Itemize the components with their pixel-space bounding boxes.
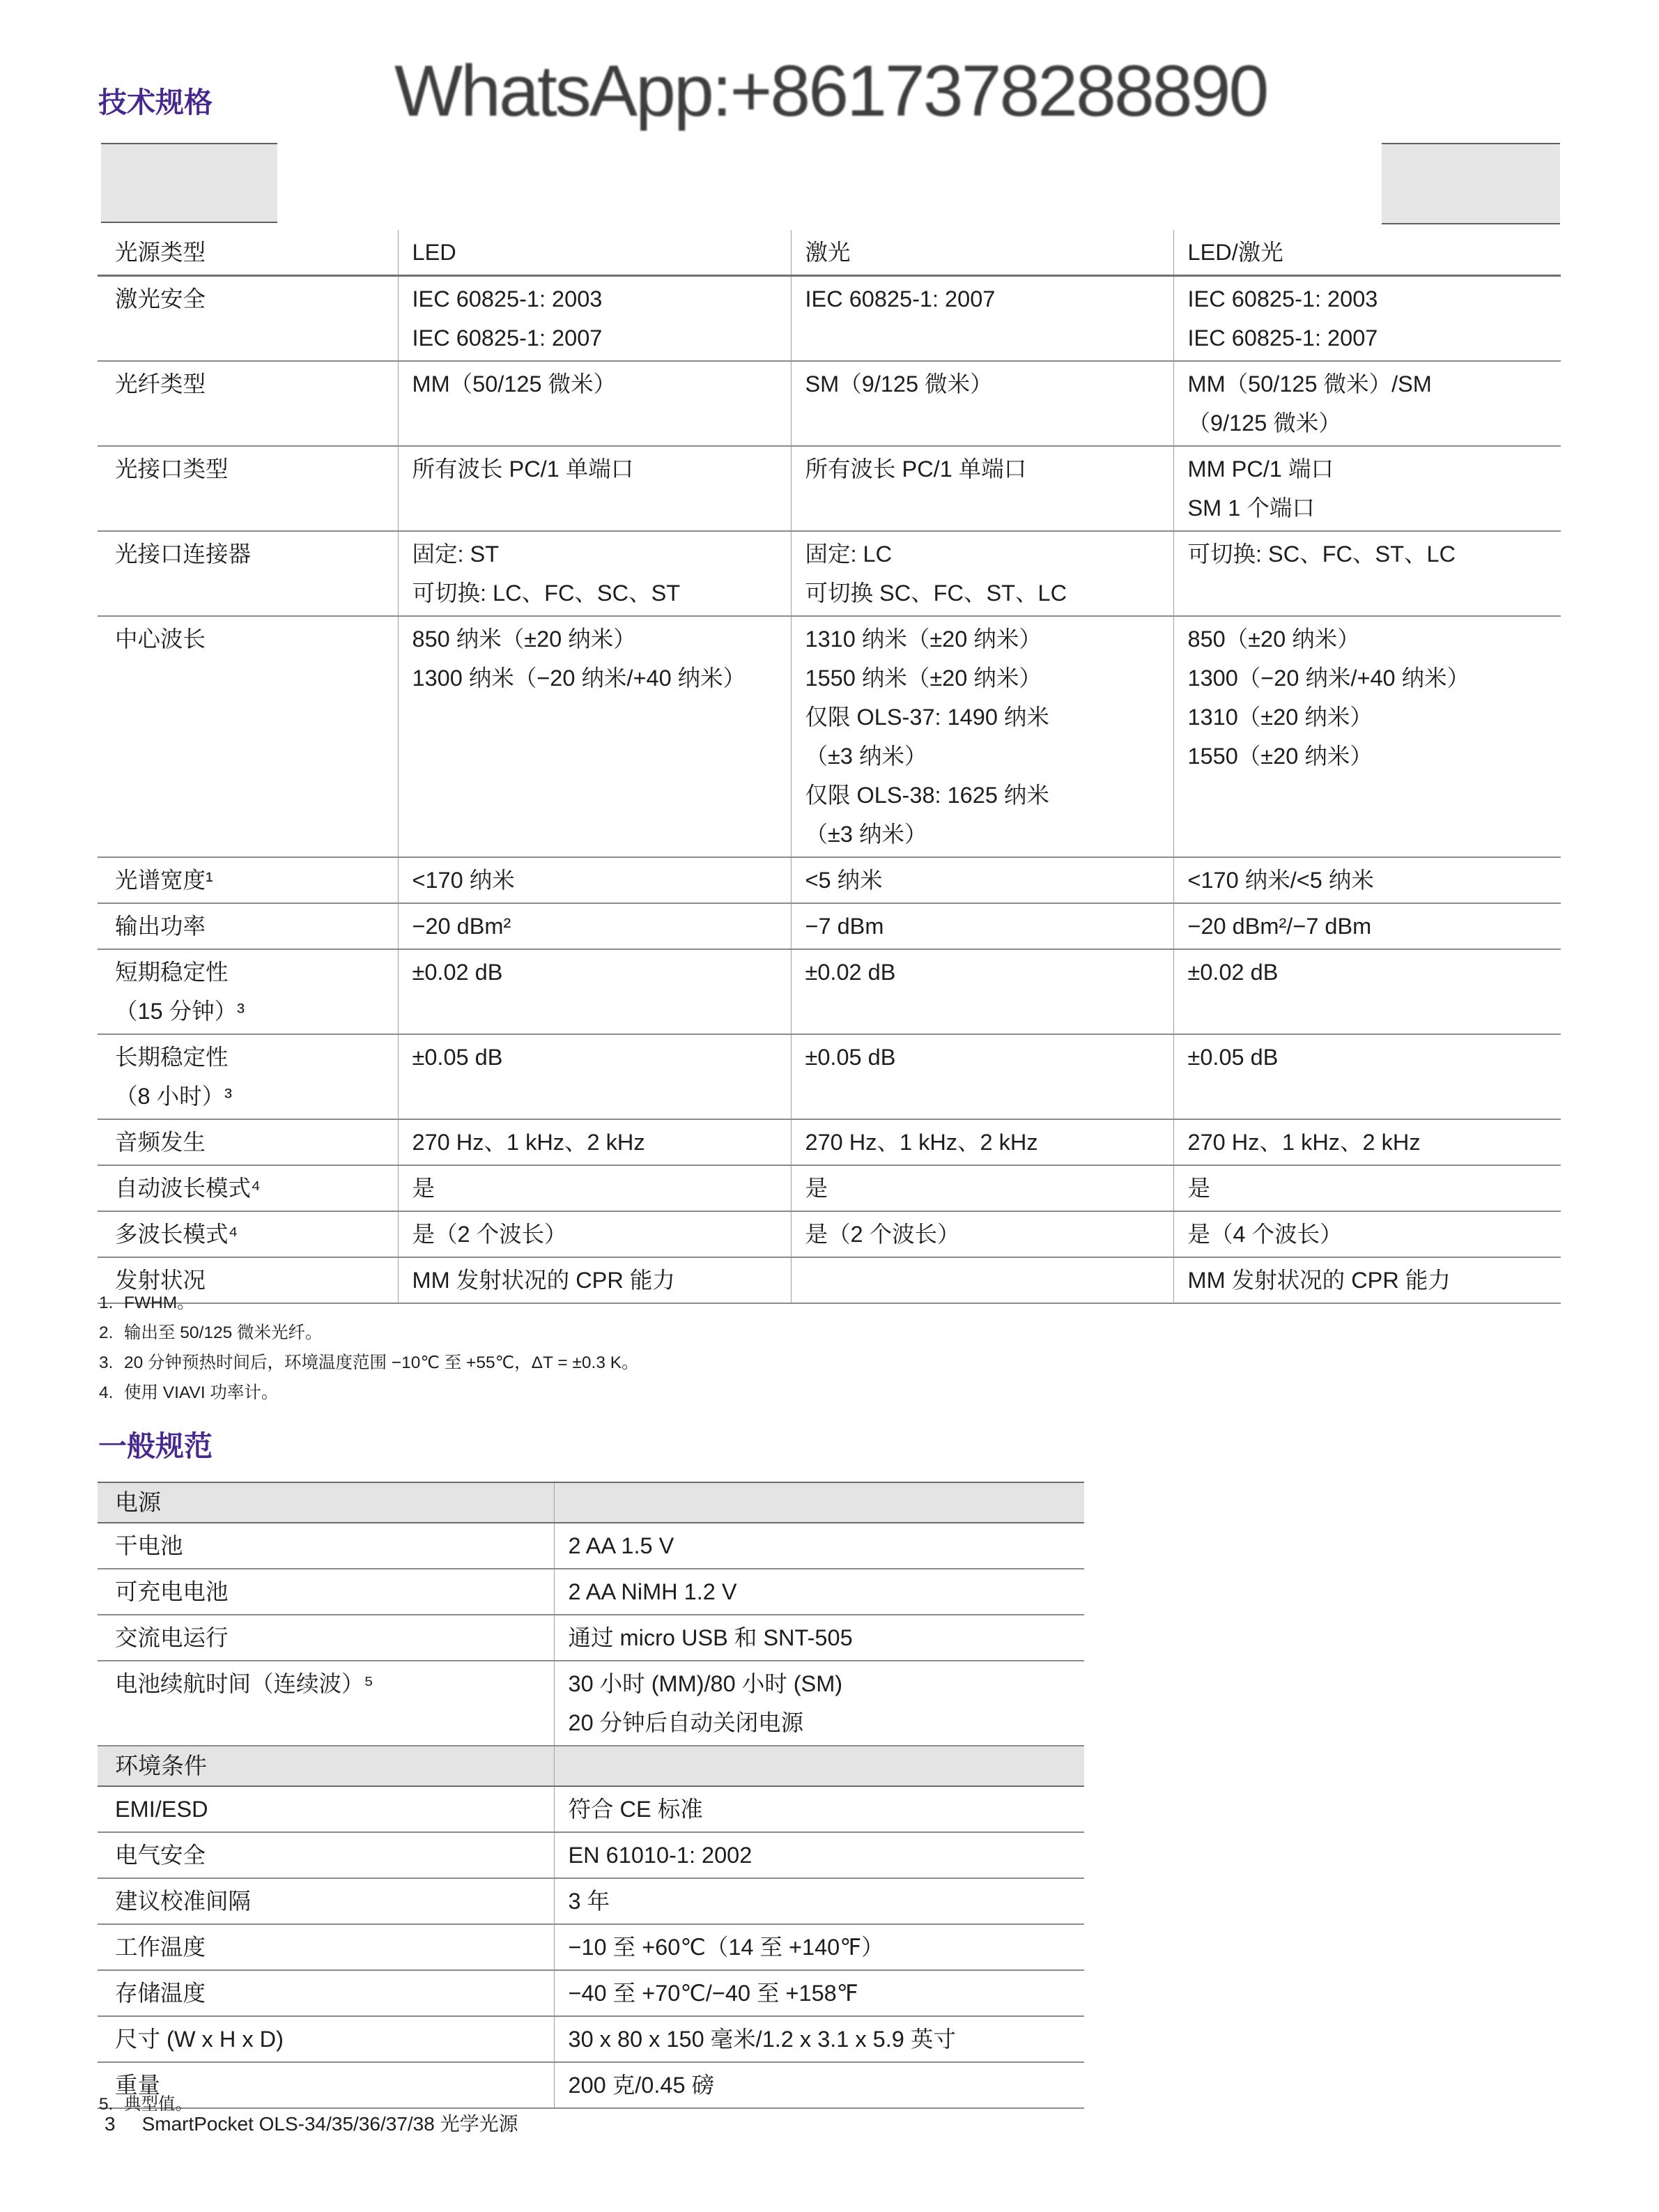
spec-cell: IEC 60825-1: 2007 xyxy=(791,276,1173,362)
spec-cell: MM（50/125 微米） xyxy=(398,361,791,446)
page-footer: 3SmartPocket OLS-34/35/36/37/38 光学光源 xyxy=(105,2109,518,2137)
row-label: 电池续航时间（连续波）⁵ xyxy=(98,1661,554,1746)
spec-cell: <170 纳米/<5 纳米 xyxy=(1173,857,1561,903)
row-label: 尺寸 (W x H x D) xyxy=(98,2016,554,2062)
spec-cell: MM 发射状况的 CPR 能力 xyxy=(1173,1257,1561,1303)
general-table: 电源 干电池 2 AA 1.5 V 可充电电池 2 AA NiMH 1.2 V … xyxy=(98,1482,1084,2109)
spec-cell: 是 xyxy=(791,1165,1173,1211)
spec-cell: MM PC/1 端口 SM 1 个端口 xyxy=(1173,446,1561,531)
table-row: 干电池 2 AA 1.5 V xyxy=(98,1523,1084,1569)
row-label: 输出功率 xyxy=(98,903,398,949)
spec-cell: IEC 60825-1: 2003 IEC 60825-1: 2007 xyxy=(1173,276,1561,362)
row-label: 短期稳定性 （15 分钟）³ xyxy=(98,949,398,1034)
spec-cell: 是（2 个波长） xyxy=(791,1211,1173,1257)
spec-cell: −20 dBm²/−7 dBm xyxy=(1173,903,1561,949)
page-title: 技术规格 xyxy=(98,79,213,121)
spec-cell: 1310 纳米（±20 纳米） 1550 纳米（±20 纳米） 仅限 OLS-3… xyxy=(791,616,1173,857)
spec-cell: ±0.02 dB xyxy=(1173,949,1561,1034)
row-label: 光接口类型 xyxy=(98,446,398,531)
row-label: 电气安全 xyxy=(98,1832,554,1878)
table-row: 尺寸 (W x H x D) 30 x 80 x 150 毫米/1.2 x 3.… xyxy=(98,2016,1084,2062)
whatsapp-watermark: WhatsApp:+8617378288890 xyxy=(394,50,1267,133)
spec-cell: 符合 CE 标准 xyxy=(554,1786,1084,1832)
spec-cell: 30 x 80 x 150 毫米/1.2 x 3.1 x 5.9 英寸 xyxy=(554,2016,1084,2062)
spec-cell: 是 xyxy=(398,1165,791,1211)
spec-cell: 固定: LC 可切换 SC、FC、ST、LC xyxy=(791,531,1173,616)
spec-cell: ±0.05 dB xyxy=(1173,1034,1561,1119)
spec-cell xyxy=(791,1257,1173,1303)
footnote-text: 20 分钟预热时间后，环境温度范围 −10℃ 至 +55℃，ΔT = ±0.3 … xyxy=(124,1348,639,1378)
row-label: 光纤类型 xyxy=(98,361,398,446)
table-row: 自动波长模式⁴ 是 是 是 xyxy=(98,1165,1561,1211)
spec-cell: 固定: ST 可切换: LC、FC、SC、ST xyxy=(398,531,791,616)
row-label: 音频发生 xyxy=(98,1119,398,1165)
footer-title: SmartPocket OLS-34/35/36/37/38 光学光源 xyxy=(142,2113,518,2135)
table-row: 输出功率 −20 dBm² −7 dBm −20 dBm²/−7 dBm xyxy=(98,903,1561,949)
table-row: 激光安全 IEC 60825-1: 2003 IEC 60825-1: 2007… xyxy=(98,276,1561,362)
table-row: 可充电电池 2 AA NiMH 1.2 V xyxy=(98,1569,1084,1615)
spec-cell: ±0.02 dB xyxy=(791,949,1173,1034)
spec-cell: MM（50/125 微米）/SM （9/125 微米） xyxy=(1173,361,1561,446)
table-row: EMI/ESD 符合 CE 标准 xyxy=(98,1786,1084,1832)
table-row: 重量 200 克/0.45 磅 xyxy=(98,2062,1084,2108)
table-row: 交流电运行 通过 micro USB 和 SNT-505 xyxy=(98,1615,1084,1661)
spec-cell: ±0.05 dB xyxy=(791,1034,1173,1119)
section-header-spacer xyxy=(554,1482,1084,1523)
spec-cell: 200 克/0.45 磅 xyxy=(554,2062,1084,2108)
row-label: 干电池 xyxy=(98,1523,554,1569)
spec-cell: 是 xyxy=(1173,1165,1561,1211)
footnote-number: 4. xyxy=(99,1378,124,1408)
row-label: 可充电电池 xyxy=(98,1569,554,1615)
spec-cell: 所有波长 PC/1 单端口 xyxy=(791,446,1173,531)
spec-cell: 270 Hz、1 kHz、2 kHz xyxy=(1173,1119,1561,1165)
table-row: 中心波长 850 纳米（±20 纳米） 1300 纳米（−20 纳米/+40 纳… xyxy=(98,616,1561,857)
table-row: 光接口连接器 固定: ST 可切换: LC、FC、SC、ST 固定: LC 可切… xyxy=(98,531,1561,616)
spec-cell: LED xyxy=(398,230,791,276)
row-label: 光谱宽度¹ xyxy=(98,857,398,903)
section-header-row: 电源 xyxy=(98,1482,1084,1523)
row-label: 激光安全 xyxy=(98,276,398,362)
table-row: 建议校准间隔 3 年 xyxy=(98,1878,1084,1924)
table-row: 光接口类型 所有波长 PC/1 单端口 所有波长 PC/1 单端口 MM PC/… xyxy=(98,446,1561,531)
row-label: 存储温度 xyxy=(98,1970,554,2016)
row-label: 建议校准间隔 xyxy=(98,1878,554,1924)
spec-cell: 是（4 个波长） xyxy=(1173,1211,1561,1257)
section-header-row: 环境条件 xyxy=(98,1746,1084,1786)
footnote: 2. 输出至 50/125 微米光纤。 xyxy=(99,1318,639,1348)
spec-cell: <5 纳米 xyxy=(791,857,1173,903)
spec-cell: 30 小时 (MM)/80 小时 (SM) 20 分钟后自动关闭电源 xyxy=(554,1661,1084,1746)
row-label: 多波长模式⁴ xyxy=(98,1211,398,1257)
table-row: 长期稳定性 （8 小时）³ ±0.05 dB ±0.05 dB ±0.05 dB xyxy=(98,1034,1561,1119)
footnote-text: 输出至 50/125 微米光纤。 xyxy=(124,1318,323,1348)
footnote-number: 3. xyxy=(99,1348,124,1378)
table-row: 光纤类型 MM（50/125 微米） SM（9/125 微米） MM（50/12… xyxy=(98,361,1561,446)
footnote-text: FWHM。 xyxy=(124,1288,194,1318)
table-row: 工作温度 −10 至 +60℃（14 至 +140℉） xyxy=(98,1924,1084,1970)
footnote-number: 2. xyxy=(99,1318,124,1348)
section-header: 环境条件 xyxy=(98,1746,554,1786)
table-row: 光源类型 LED 激光 LED/激光 xyxy=(98,230,1561,276)
footnote: 3. 20 分钟预热时间后，环境温度范围 −10℃ 至 +55℃，ΔT = ±0… xyxy=(99,1348,639,1378)
spec-cell: ±0.05 dB xyxy=(398,1034,791,1119)
page-number: 3 xyxy=(105,2113,116,2135)
spec-cell: −7 dBm xyxy=(791,903,1173,949)
table-row: 电气安全 EN 61010-1: 2002 xyxy=(98,1832,1084,1878)
spec-cell: 3 年 xyxy=(554,1878,1084,1924)
spec-cell: 激光 xyxy=(791,230,1173,276)
spec-cell: −20 dBm² xyxy=(398,903,791,949)
row-label: 光接口连接器 xyxy=(98,531,398,616)
spec-cell: 270 Hz、1 kHz、2 kHz xyxy=(791,1119,1173,1165)
table-row: 多波长模式⁴ 是（2 个波长） 是（2 个波长） 是（4 个波长） xyxy=(98,1211,1561,1257)
row-label: 光源类型 xyxy=(98,230,398,276)
row-label: 交流电运行 xyxy=(98,1615,554,1661)
spec-cell: 所有波长 PC/1 单端口 xyxy=(398,446,791,531)
spec-cell: <170 纳米 xyxy=(398,857,791,903)
redacted-header-box-left xyxy=(101,143,277,223)
spec-cell: 850 纳米（±20 纳米） 1300 纳米（−20 纳米/+40 纳米） xyxy=(398,616,791,857)
spec-cell: −10 至 +60℃（14 至 +140℉） xyxy=(554,1924,1084,1970)
table-row: 短期稳定性 （15 分钟）³ ±0.02 dB ±0.02 dB ±0.02 d… xyxy=(98,949,1561,1034)
row-label: 中心波长 xyxy=(98,616,398,857)
spec-cell: SM（9/125 微米） xyxy=(791,361,1173,446)
spec-cell: 通过 micro USB 和 SNT-505 xyxy=(554,1615,1084,1661)
spec-cell: 850（±20 纳米） 1300（−20 纳米/+40 纳米） 1310（±20… xyxy=(1173,616,1561,857)
redacted-header-box-right xyxy=(1382,143,1560,224)
section-header: 电源 xyxy=(98,1482,554,1523)
spec-cell: LED/激光 xyxy=(1173,230,1561,276)
spec-cell: ±0.02 dB xyxy=(398,949,791,1034)
footnote: 4. 使用 VIAVI 功率计。 xyxy=(99,1378,639,1408)
spec-cell: −40 至 +70℃/−40 至 +158℉ xyxy=(554,1970,1084,2016)
section-title-general-specs: 一般规范 xyxy=(98,1423,213,1464)
table-row: 电池续航时间（连续波）⁵ 30 小时 (MM)/80 小时 (SM) 20 分钟… xyxy=(98,1661,1084,1746)
footnote-text: 使用 VIAVI 功率计。 xyxy=(124,1378,278,1408)
row-label: EMI/ESD xyxy=(98,1786,554,1832)
footnote-number: 1. xyxy=(99,1288,124,1318)
table-row: 音频发生 270 Hz、1 kHz、2 kHz 270 Hz、1 kHz、2 k… xyxy=(98,1119,1561,1165)
spec-cell: 2 AA 1.5 V xyxy=(554,1523,1084,1569)
spec-cell: EN 61010-1: 2002 xyxy=(554,1832,1084,1878)
table-row: 存储温度 −40 至 +70℃/−40 至 +158℉ xyxy=(98,1970,1084,2016)
row-label: 自动波长模式⁴ xyxy=(98,1165,398,1211)
section-header-spacer xyxy=(554,1746,1084,1786)
footnote: 1. FWHM。 xyxy=(99,1288,639,1318)
table-row: 光谱宽度¹ <170 纳米 <5 纳米 <170 纳米/<5 纳米 xyxy=(98,857,1561,903)
footnotes-block: 1. FWHM。 2. 输出至 50/125 微米光纤。 3. 20 分钟预热时… xyxy=(99,1288,639,1408)
spec-cell: 可切换: SC、FC、ST、LC xyxy=(1173,531,1561,616)
spec-cell: 是（2 个波长） xyxy=(398,1211,791,1257)
spec-table: 光源类型 LED 激光 LED/激光 激光安全 IEC 60825-1: 200… xyxy=(98,230,1561,1304)
spec-cell: 2 AA NiMH 1.2 V xyxy=(554,1569,1084,1615)
row-label: 长期稳定性 （8 小时）³ xyxy=(98,1034,398,1119)
spec-cell: 270 Hz、1 kHz、2 kHz xyxy=(398,1119,791,1165)
spec-cell: IEC 60825-1: 2003 IEC 60825-1: 2007 xyxy=(398,276,791,362)
row-label: 工作温度 xyxy=(98,1924,554,1970)
